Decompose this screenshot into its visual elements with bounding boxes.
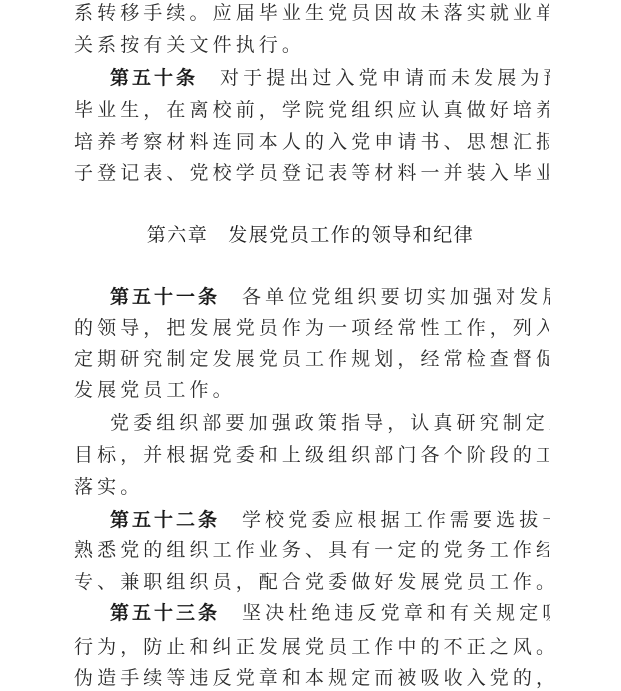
chapter-heading: 第六章发展党员工作的领导和纪律 — [0, 219, 621, 251]
text-line: 各单位党组织要切实加强对发展党员工作 — [242, 286, 550, 308]
text-line: 毕业生，在离校前，学院党组织应认真做好培养衔接工作，将 — [74, 94, 549, 126]
document-page: 系转移手续。应届毕业生党员因故未落实就业单位的，其组织 关系按有关文件执行。 第… — [0, 0, 621, 691]
article-heading: 第五十二条 — [110, 509, 220, 531]
article-51-first-line: 第五十一条各单位党组织要切实加强对发展党员工作 — [110, 281, 550, 313]
text-line: 行为，防止和纠正发展党员工作中的不正之风。凡弄虚作假、 — [74, 631, 549, 663]
chapter-number: 第六章 — [147, 224, 209, 246]
text-line: 系转移手续。应届毕业生党员因故未落实就业单位的，其组织 — [74, 0, 549, 29]
text-line: 定期研究制定发展党员工作规划，经常检查督促基层党支部的 — [74, 343, 549, 375]
text-line: 关系按有关文件执行。 — [74, 29, 549, 61]
text-line: 目标，并根据党委和上级组织部门各个阶段的工作要求，狠抓 — [74, 439, 549, 471]
text-line: 发展党员工作。 — [74, 374, 549, 406]
text-line: 伪造手续等违反党章和本规定而被吸收入党的，一律不予承 — [74, 662, 549, 691]
text-line: 党委组织部要加强政策指导，认真研究制定发展党员工作 — [110, 407, 550, 439]
text-line: 熟悉党的组织工作业务、具有一定的党务工作经验的同志担任 — [74, 534, 549, 566]
chapter-title: 发展党员工作的领导和纪律 — [228, 224, 474, 246]
text-line: 子登记表、党校学员登记表等材料一并装入毕业生人事档案中。 — [74, 157, 549, 189]
text-line: 学校党委应根据工作需要选拔一批党性强、 — [242, 509, 550, 531]
text-line: 坚决杜绝违反党章和有关规定吸收党员的 — [242, 602, 550, 624]
text-line: 专、兼职组织员，配合党委做好发展党员工作。 — [74, 566, 549, 598]
article-50-first-line: 第五十条对于提出过入党申请而未发展为预备党员的 — [110, 62, 550, 94]
text-line: 对于提出过入党申请而未发展为预备党员的 — [220, 67, 550, 89]
text-line: 培养考察材料连同本人的入党申请书、思想汇报、入党积极分 — [74, 126, 549, 158]
text-line: 的领导，把发展党员作为一项经常性工作，列入重要议事日程， — [74, 312, 549, 344]
article-52-first-line: 第五十二条学校党委应根据工作需要选拔一批党性强、 — [110, 504, 550, 536]
article-heading: 第五十一条 — [110, 286, 220, 308]
article-heading: 第五十三条 — [110, 602, 220, 624]
article-heading: 第五十条 — [110, 67, 198, 89]
article-53-first-line: 第五十三条坚决杜绝违反党章和有关规定吸收党员的 — [110, 597, 550, 629]
text-line: 落实。 — [74, 471, 549, 503]
